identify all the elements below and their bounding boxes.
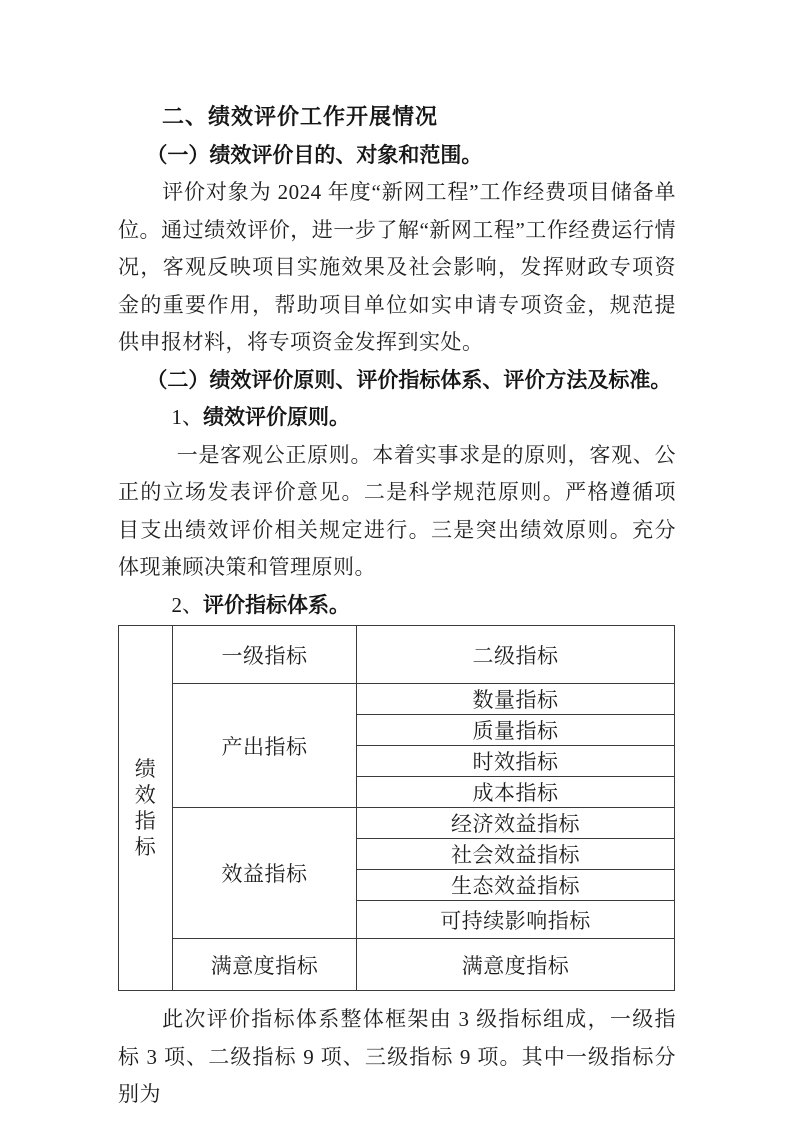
- table-cell-level1-output: 产出指标: [173, 684, 357, 808]
- page-content: 二、绩效评价工作开展情况 （一）绩效评价目的、对象和范围。 评价对象为 2024…: [118, 99, 676, 1114]
- item-1-heading: 1、绩效评价原则。: [118, 399, 676, 437]
- item-2-title: 评价指标体系。: [203, 593, 350, 617]
- item-2-number: 2、: [172, 593, 204, 617]
- table-cell-level2-cost: 成本指标: [357, 777, 675, 808]
- table-cell-level2-ecological-benefit: 生态效益指标: [357, 870, 675, 901]
- document-page: 二、绩效评价工作开展情况 （一）绩效评价目的、对象和范围。 评价对象为 2024…: [0, 0, 793, 1122]
- table-header-row: 绩 效 指 标 一级指标 二级指标: [119, 626, 675, 684]
- paragraph-evaluation-target: 评价对象为 2024 年度“新网工程”工作经费项目储备单位。通过绩效评价，进一步…: [118, 174, 676, 362]
- paragraph-evaluation-principles: 一是客观公正原则。本着实事求是的原则，客观、公正的立场发表评价意见。二是科学规范…: [118, 437, 676, 587]
- section-heading: 二、绩效评价工作开展情况: [118, 99, 676, 137]
- indicator-table: 绩 效 指 标 一级指标 二级指标 产出指标 数量指标 质量指标 时效指标 成本…: [118, 625, 675, 991]
- item-1-number: 1、: [172, 405, 204, 429]
- table-row: 产出指标 数量指标: [119, 684, 675, 715]
- table-cell-level2-quality: 质量指标: [357, 715, 675, 746]
- table-cell-level2-satisfaction: 满意度指标: [357, 939, 675, 991]
- item-2-heading: 2、评价指标体系。: [118, 587, 676, 625]
- table-cell-level2-economic-benefit: 经济效益指标: [357, 808, 675, 839]
- table-cell-level1-benefit: 效益指标: [173, 808, 357, 939]
- table-cell-level2-quantity: 数量指标: [357, 684, 675, 715]
- table-cell-level2-sustainable-impact: 可持续影响指标: [357, 901, 675, 939]
- table-cell-level2-social-benefit: 社会效益指标: [357, 839, 675, 870]
- table-header-first-level: 一级指标: [173, 626, 357, 684]
- subsection-1-heading: （一）绩效评价目的、对象和范围。: [118, 137, 676, 175]
- table-cell-level2-timeliness: 时效指标: [357, 746, 675, 777]
- table-row-header-performance-indicators: 绩 效 指 标: [119, 626, 173, 991]
- table-row: 效益指标 经济效益指标: [119, 808, 675, 839]
- item-1-title: 绩效评价原则。: [203, 405, 350, 429]
- table-row: 满意度指标 满意度指标: [119, 939, 675, 991]
- table-cell-level1-satisfaction: 满意度指标: [173, 939, 357, 991]
- table-header-second-level: 二级指标: [357, 626, 675, 684]
- subsection-2-heading: （二）绩效评价原则、评价指标体系、评价方法及标准。: [118, 362, 676, 400]
- closing-paragraph: 此次评价指标体系整体框架由 3 级指标组成，一级指标 3 项、二级指标 9 项、…: [118, 1001, 676, 1114]
